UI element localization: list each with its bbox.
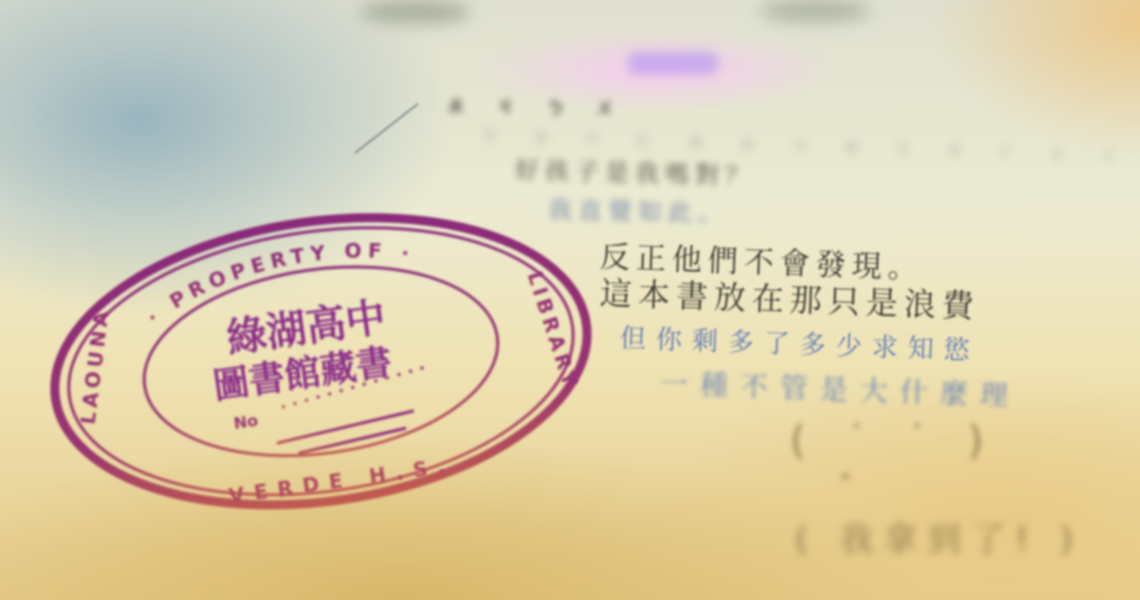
highlighted-word xyxy=(628,52,718,74)
stamp-graphic: · PROPERTY OF · LAOUNA LIBRARY VERDE H.S… xyxy=(18,174,614,549)
blurred-smudge xyxy=(360,0,470,24)
emoticon-caption: ( 我拿到了! ) xyxy=(795,512,1083,561)
pen-stroke xyxy=(354,103,418,154)
printed-heading: ㄓ ㄐ ㄅ ㄨ xyxy=(445,88,626,122)
photo-background: ㄓ ㄐ ㄅ ㄨ ㄅ ㄆ ㄇ ㄈ ㄉ ㄊ ㄋ ㄌ ㄍ ㄎ ㄏ ㄐ ㄑ ㄒ 好孩子是… xyxy=(0,0,1140,600)
stamp-number-label: No xyxy=(232,411,259,433)
blurred-smudge xyxy=(760,0,870,22)
handwriting-line-6: 一種不管是大什麼理 xyxy=(659,362,1020,415)
emoticon-face: ( ˙ ˙ ) xyxy=(790,418,997,464)
emoticon-mouth: ˄ xyxy=(838,470,853,505)
library-stamp: · PROPERTY OF · LAOUNA LIBRARY VERDE H.S… xyxy=(18,174,614,549)
